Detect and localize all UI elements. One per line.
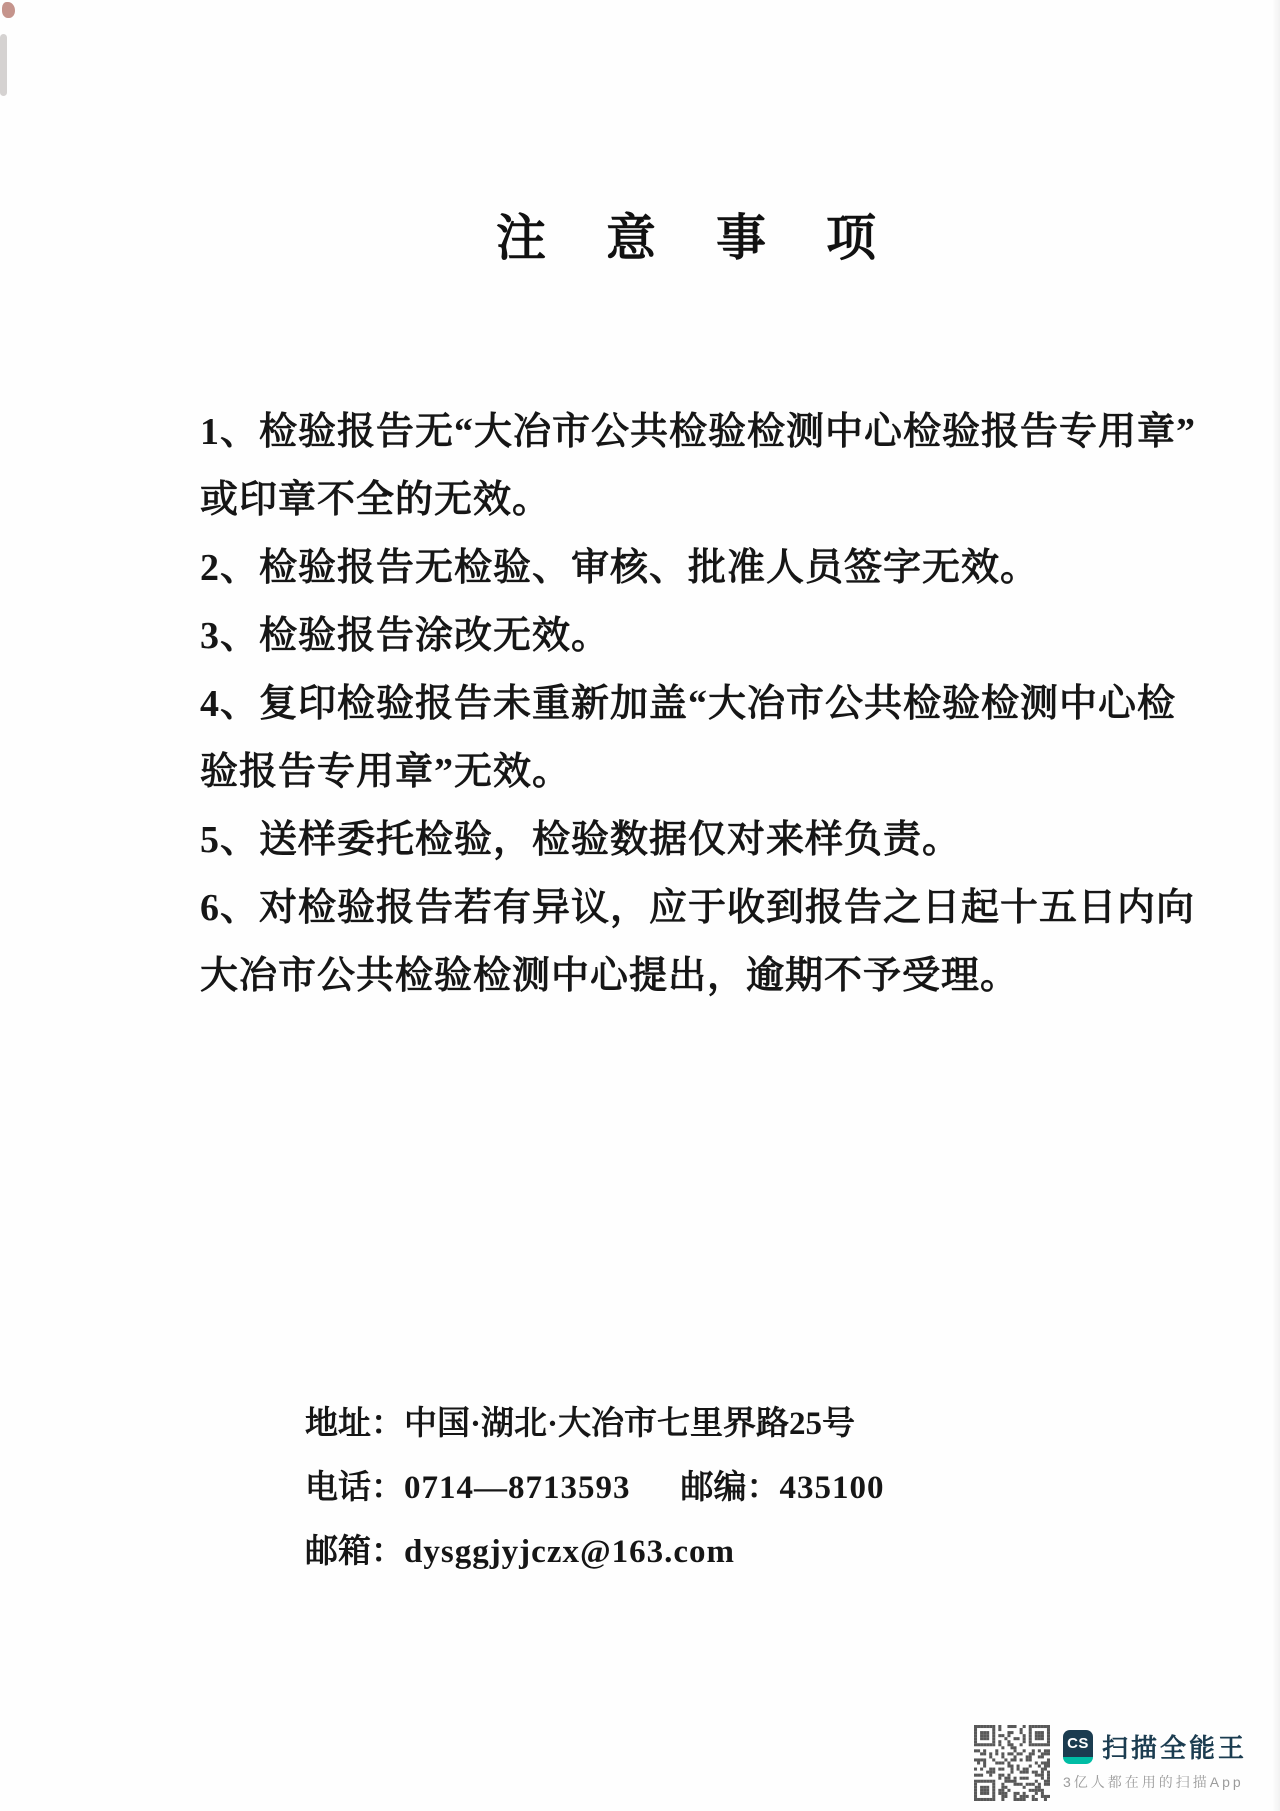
address-label: 地址： [305, 1406, 404, 1442]
notice-line: 1、检验报告无“大冶市公共检验检测中心检验报告专用章” [200, 398, 1196, 466]
camscanner-logo-icon: CS [1063, 1730, 1093, 1764]
phone-label: 电话： [305, 1470, 404, 1506]
camscanner-logo-letters: CS [1063, 1730, 1093, 1757]
camscanner-app-name: 扫描全能王 [1102, 1728, 1247, 1765]
scan-speck [2, 2, 15, 18]
scan-streak [0, 34, 7, 96]
address-value: 中国·湖北·大冶市七里界路25号 [404, 1406, 855, 1442]
contact-block: 地址：中国·湖北·大冶市七里界路25号 电话：0714—8713593邮编：43… [305, 1392, 885, 1584]
email-label: 邮箱： [305, 1534, 404, 1570]
notice-line: 6、对检验报告若有异议，应于收到报告之日起十五日内向 [200, 874, 1196, 942]
address-line: 地址：中国·湖北·大冶市七里界路25号 [305, 1392, 885, 1456]
postal-value: 435100 [780, 1470, 885, 1506]
email-value: dysggjyjczx@163.com [404, 1534, 735, 1570]
notice-line: 5、送样委托检验，检验数据仅对来样负责。 [200, 806, 1196, 874]
phone-line: 电话：0714—8713593邮编：435100 [305, 1456, 885, 1520]
notice-line: 大冶市公共检验检测中心提出，逾期不予受理。 [200, 942, 1196, 1010]
notice-list: 1、检验报告无“大冶市公共检验检测中心检验报告专用章”或印章不全的无效。2、检验… [200, 398, 1196, 1010]
notice-line: 或印章不全的无效。 [200, 466, 1196, 534]
camscanner-tagline: 3亿人都在用的扫描App [1063, 1772, 1247, 1792]
notice-line: 验报告专用章”无效。 [200, 738, 1196, 806]
camscanner-logo-accent [1063, 1757, 1093, 1764]
qr-code [974, 1725, 1050, 1801]
phone-value: 0714—8713593 [404, 1470, 631, 1506]
notice-line: 2、检验报告无检验、审核、批准人员签字无效。 [200, 534, 1196, 602]
page-title: 注意事项 [496, 198, 936, 270]
notice-line: 4、复印检验报告未重新加盖“大冶市公共检验检测中心检 [200, 670, 1196, 738]
notice-line: 3、检验报告涂改无效。 [200, 602, 1196, 670]
camscanner-branding: CS 扫描全能王 3亿人都在用的扫描App [1063, 1725, 1247, 1792]
scan-edge-shadow [1272, 0, 1280, 1811]
camscanner-watermark: CS 扫描全能王 3亿人都在用的扫描App [974, 1725, 1247, 1801]
email-line: 邮箱：dysggjyjczx@163.com [305, 1520, 885, 1584]
document-page: 注意事项 1、检验报告无“大冶市公共检验检测中心检验报告专用章”或印章不全的无效… [0, 0, 1280, 1811]
postal-label: 邮编： [681, 1470, 780, 1506]
